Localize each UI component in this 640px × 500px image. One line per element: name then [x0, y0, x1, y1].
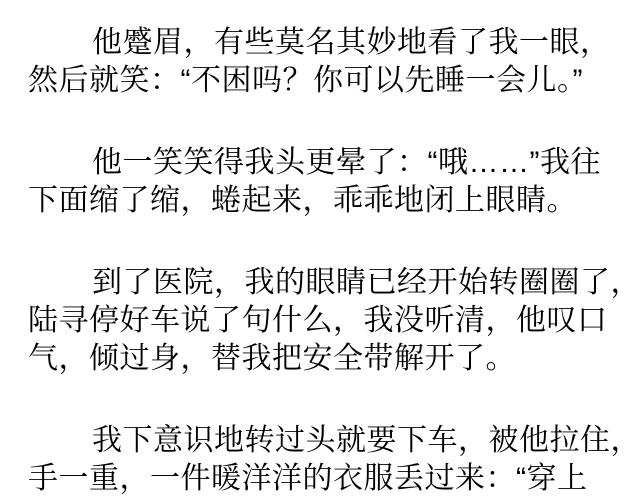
text-line: 他蹙眉，有些莫名其妙地看了我一眼，: [28, 24, 612, 62]
text-line: 到了医院，我的眼睛已经开始转圈圈了，: [28, 264, 612, 302]
paragraph-2: 他一笑笑得我头更晕了：“哦……”我往 下面缩了缩，蜷起来，乖乖地闭上眼睛。: [28, 144, 612, 220]
text-line: 手一重，一件暖洋洋的衣服丢过来：“穿上: [28, 460, 612, 498]
text-line: 气，倾过身，替我把安全带解开了。: [28, 340, 612, 378]
text-line: 下面缩了缩，蜷起来，乖乖地闭上眼睛。: [28, 182, 612, 220]
text-line: 我下意识地转过头就要下车，被他拉住，: [28, 422, 612, 460]
paragraph-3: 到了医院，我的眼睛已经开始转圈圈了， 陆寻停好车说了句什么，我没听清，他叹口 气…: [28, 264, 612, 378]
text-line: 他一笑笑得我头更晕了：“哦……”我往: [28, 144, 612, 182]
text-line: 然后就笑：“不困吗？你可以先睡一会儿。”: [28, 62, 612, 100]
paragraph-1: 他蹙眉，有些莫名其妙地看了我一眼， 然后就笑：“不困吗？你可以先睡一会儿。”: [28, 24, 612, 100]
paragraph-4: 我下意识地转过头就要下车，被他拉住， 手一重，一件暖洋洋的衣服丢过来：“穿上: [28, 422, 612, 498]
text-line: 陆寻停好车说了句什么，我没听清，他叹口: [28, 302, 612, 340]
novel-text-page: 他蹙眉，有些莫名其妙地看了我一眼， 然后就笑：“不困吗？你可以先睡一会儿。” 他…: [0, 0, 640, 500]
